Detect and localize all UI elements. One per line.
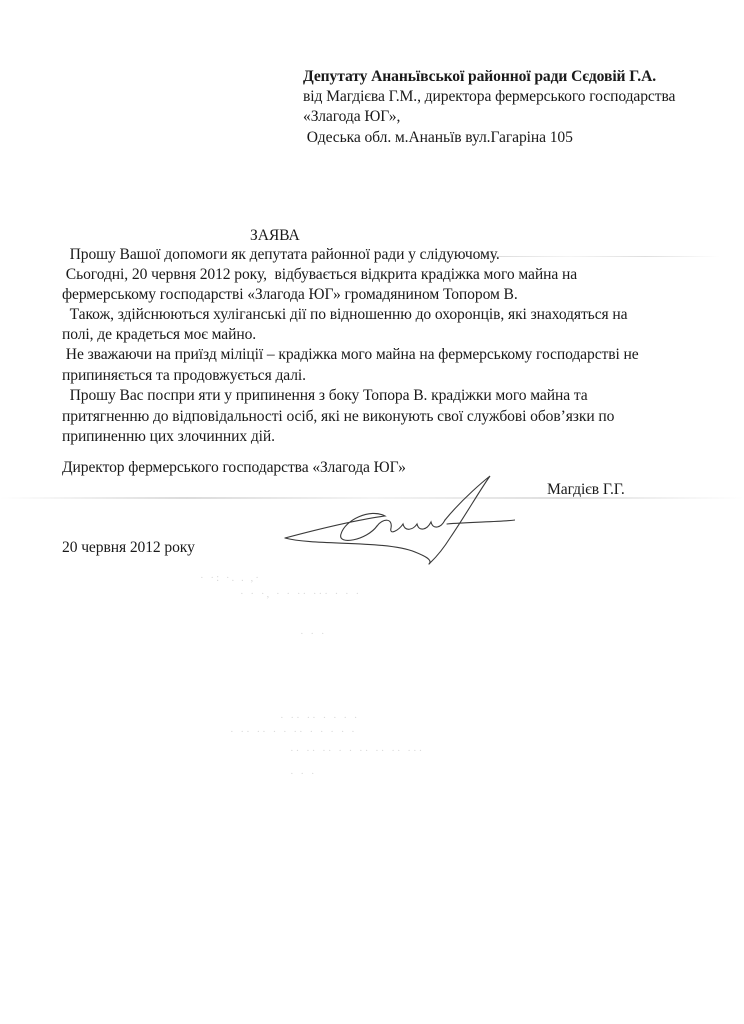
bleed-through-text: ·· ·· ·· · · ·· ·· ·· ··· — [290, 745, 424, 757]
from-line: від Магдієва Г.М., директора фермерськог… — [303, 87, 675, 106]
body-line: Прошу Вашої допомоги як депутата районно… — [62, 245, 500, 264]
body-line: Не зважаючи на приїзд міліції – крадіжка… — [62, 345, 639, 364]
bleed-through-text: · ·: ·. . ,· — [200, 572, 261, 584]
addressee: Депутату Ананьївської районної ради Сєдо… — [303, 67, 656, 86]
body-line: припиняється та продовжується далі. — [62, 366, 306, 385]
signature-icon — [275, 468, 515, 568]
body-line: Прошу Вас поспри яти у припинення з боку… — [62, 386, 588, 405]
bleed-through-text: · · · — [300, 628, 327, 640]
document-title: ЗАЯВА — [250, 226, 300, 245]
address: Одеська обл. м.Ананьїв вул.Гагаріна 105 — [303, 128, 573, 147]
signer-name: Магдієв Г.Г. — [547, 480, 625, 499]
document-date: 20 червня 2012 року — [62, 538, 195, 557]
bleed-through-text: · ·· ·· · · ·· · · · · · — [230, 726, 357, 738]
body-line: притягненню до відповідальності осіб, як… — [62, 407, 614, 426]
body-line: фермерському господарстві «Злагода ЮГ» г… — [62, 285, 518, 304]
body-line: полі, де крадеться моє майно. — [62, 325, 256, 344]
document-page: Депутату Ананьївської районної ради Сєдо… — [0, 0, 744, 1024]
body-line: Також, здійснюються хуліганські дії по в… — [62, 305, 627, 324]
body-line: припиненню цих злочинних дій. — [62, 427, 275, 446]
bleed-through-text: · · ·, · · ·· ··· · · · — [240, 588, 361, 600]
body-line: Сьогодні, 20 червня 2012 року, відбуваєт… — [62, 265, 577, 284]
bleed-through-text: · ·· ·· · · · · — [280, 712, 359, 724]
company-name: «Злагода ЮГ», — [303, 107, 400, 126]
bleed-through-text: · · · — [290, 768, 317, 780]
